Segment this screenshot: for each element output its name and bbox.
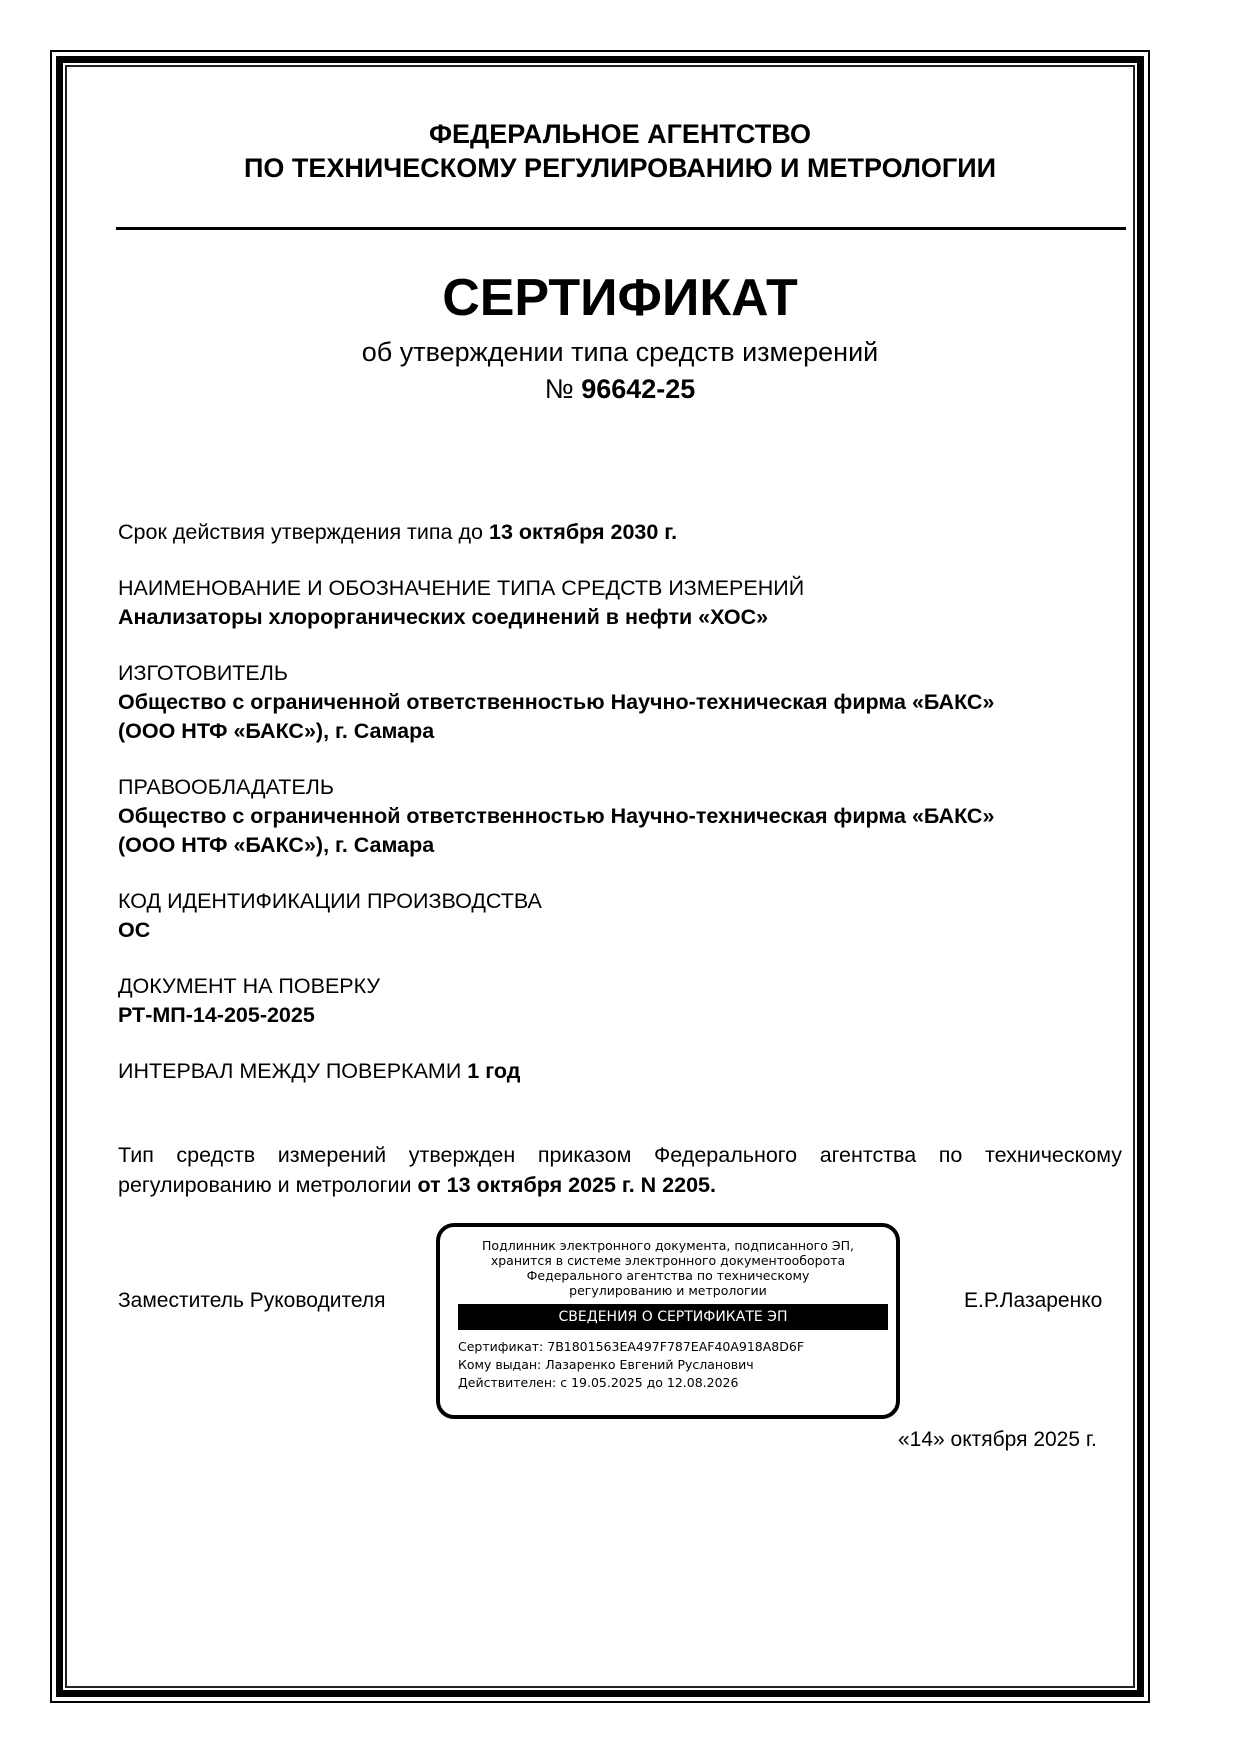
- stamp-validity: Действителен: с 19.05.2025 до 12.08.2026: [458, 1374, 804, 1392]
- signature-date: «14» октября 2025 г.: [898, 1428, 1097, 1452]
- certificate-subtitle: об утверждении типа средств измерений: [0, 337, 1240, 368]
- interval-value: 1 год: [467, 1059, 520, 1083]
- manufacturer-value-1: Общество с ограниченной ответственностью…: [118, 690, 994, 715]
- stamp-line-3: Федерального агентства по техническому: [440, 1268, 896, 1283]
- certificate-number: № 96642-25: [0, 374, 1240, 405]
- stamp-line-2: хранится в системе электронного документ…: [440, 1253, 896, 1268]
- certificate-title: СЕРТИФИКАТ: [0, 268, 1240, 328]
- stamp-bar-title: СВЕДЕНИЯ О СЕРТИФИКАТЕ ЭП: [458, 1304, 888, 1330]
- manufacturer-label: ИЗГОТОВИТЕЛЬ: [118, 661, 288, 686]
- agency-name-line2: ПО ТЕХНИЧЕСКОМУ РЕГУЛИРОВАНИЮ И МЕТРОЛОГ…: [0, 153, 1240, 184]
- number-prefix: №: [545, 374, 574, 404]
- rightholder-value-2: (ООО НТФ «БАКС»), г. Самара: [118, 833, 434, 858]
- name-label: НАИМЕНОВАНИЕ И ОБОЗНАЧЕНИЕ ТИПА СРЕДСТВ …: [118, 576, 804, 601]
- stamp-info: Сертификат: 7B1801563EA497F787EAF40A918A…: [458, 1338, 804, 1392]
- interval-label: ИНТЕРВАЛ МЕЖДУ ПОВЕРКАМИ: [118, 1059, 461, 1083]
- production-code-label: КОД ИДЕНТИФИКАЦИИ ПРОИЗВОДСТВА: [118, 889, 542, 914]
- rightholder-value-2-text: (ООО НТФ «БАКС»), г. Самара: [118, 833, 434, 857]
- stamp-certificate-id: Сертификат: 7B1801563EA497F787EAF40A918A…: [458, 1338, 804, 1356]
- name-value: Анализаторы хлорорганических соединений …: [118, 605, 768, 630]
- stamp-line-1: Подлинник электронного документа, подпис…: [440, 1238, 896, 1253]
- name-value-text: Анализаторы хлорорганических соединений …: [118, 605, 768, 629]
- manufacturer-value-1-text: Общество с ограниченной ответственностью…: [118, 690, 994, 714]
- order-ref: от 13 октября 2025 г. N 2205.: [418, 1173, 716, 1197]
- manufacturer-value-2: (ООО НТФ «БАКС»), г. Самара: [118, 719, 434, 744]
- rightholder-value-1-text: Общество с ограниченной ответственностью…: [118, 804, 994, 828]
- manufacturer-value-2-text: (ООО НТФ «БАКС»), г. Самара: [118, 719, 434, 743]
- rightholder-value-1: Общество с ограниченной ответственностью…: [118, 804, 994, 829]
- verification-doc-label: ДОКУМЕНТ НА ПОВЕРКУ: [118, 974, 380, 999]
- agency-name-line1: ФЕДЕРАЛЬНОЕ АГЕНТСТВО: [0, 119, 1240, 150]
- number-value: 96642-25: [581, 374, 695, 404]
- rightholder-label: ПРАВООБЛАДАТЕЛЬ: [118, 775, 334, 800]
- order-paragraph: Тип средств измерений утвержден приказом…: [118, 1140, 1122, 1200]
- stamp-issued-to: Кому выдан: Лазаренко Евгений Русланович: [458, 1356, 804, 1374]
- validity-label: Срок действия утверждения типа до: [118, 520, 483, 544]
- signer-name: Е.Р.Лазаренко: [964, 1289, 1102, 1313]
- validity-line: Срок действия утверждения типа до 13 окт…: [118, 520, 677, 545]
- verification-doc-value-text: РТ-МП-14-205-2025: [118, 1003, 315, 1027]
- production-code-value: ОС: [118, 918, 150, 943]
- verification-doc-value: РТ-МП-14-205-2025: [118, 1003, 315, 1028]
- header-divider: [116, 227, 1126, 230]
- stamp-header: Подлинник электронного документа, подпис…: [440, 1238, 896, 1298]
- production-code-value-text: ОС: [118, 918, 150, 942]
- stamp-line-4: регулированию и метрологии: [440, 1283, 896, 1298]
- interval-line: ИНТЕРВАЛ МЕЖДУ ПОВЕРКАМИ 1 год: [118, 1059, 520, 1084]
- validity-value: 13 октября 2030 г.: [489, 520, 677, 544]
- e-signature-stamp: Подлинник электронного документа, подпис…: [436, 1223, 900, 1419]
- signer-position: Заместитель Руководителя: [118, 1289, 385, 1313]
